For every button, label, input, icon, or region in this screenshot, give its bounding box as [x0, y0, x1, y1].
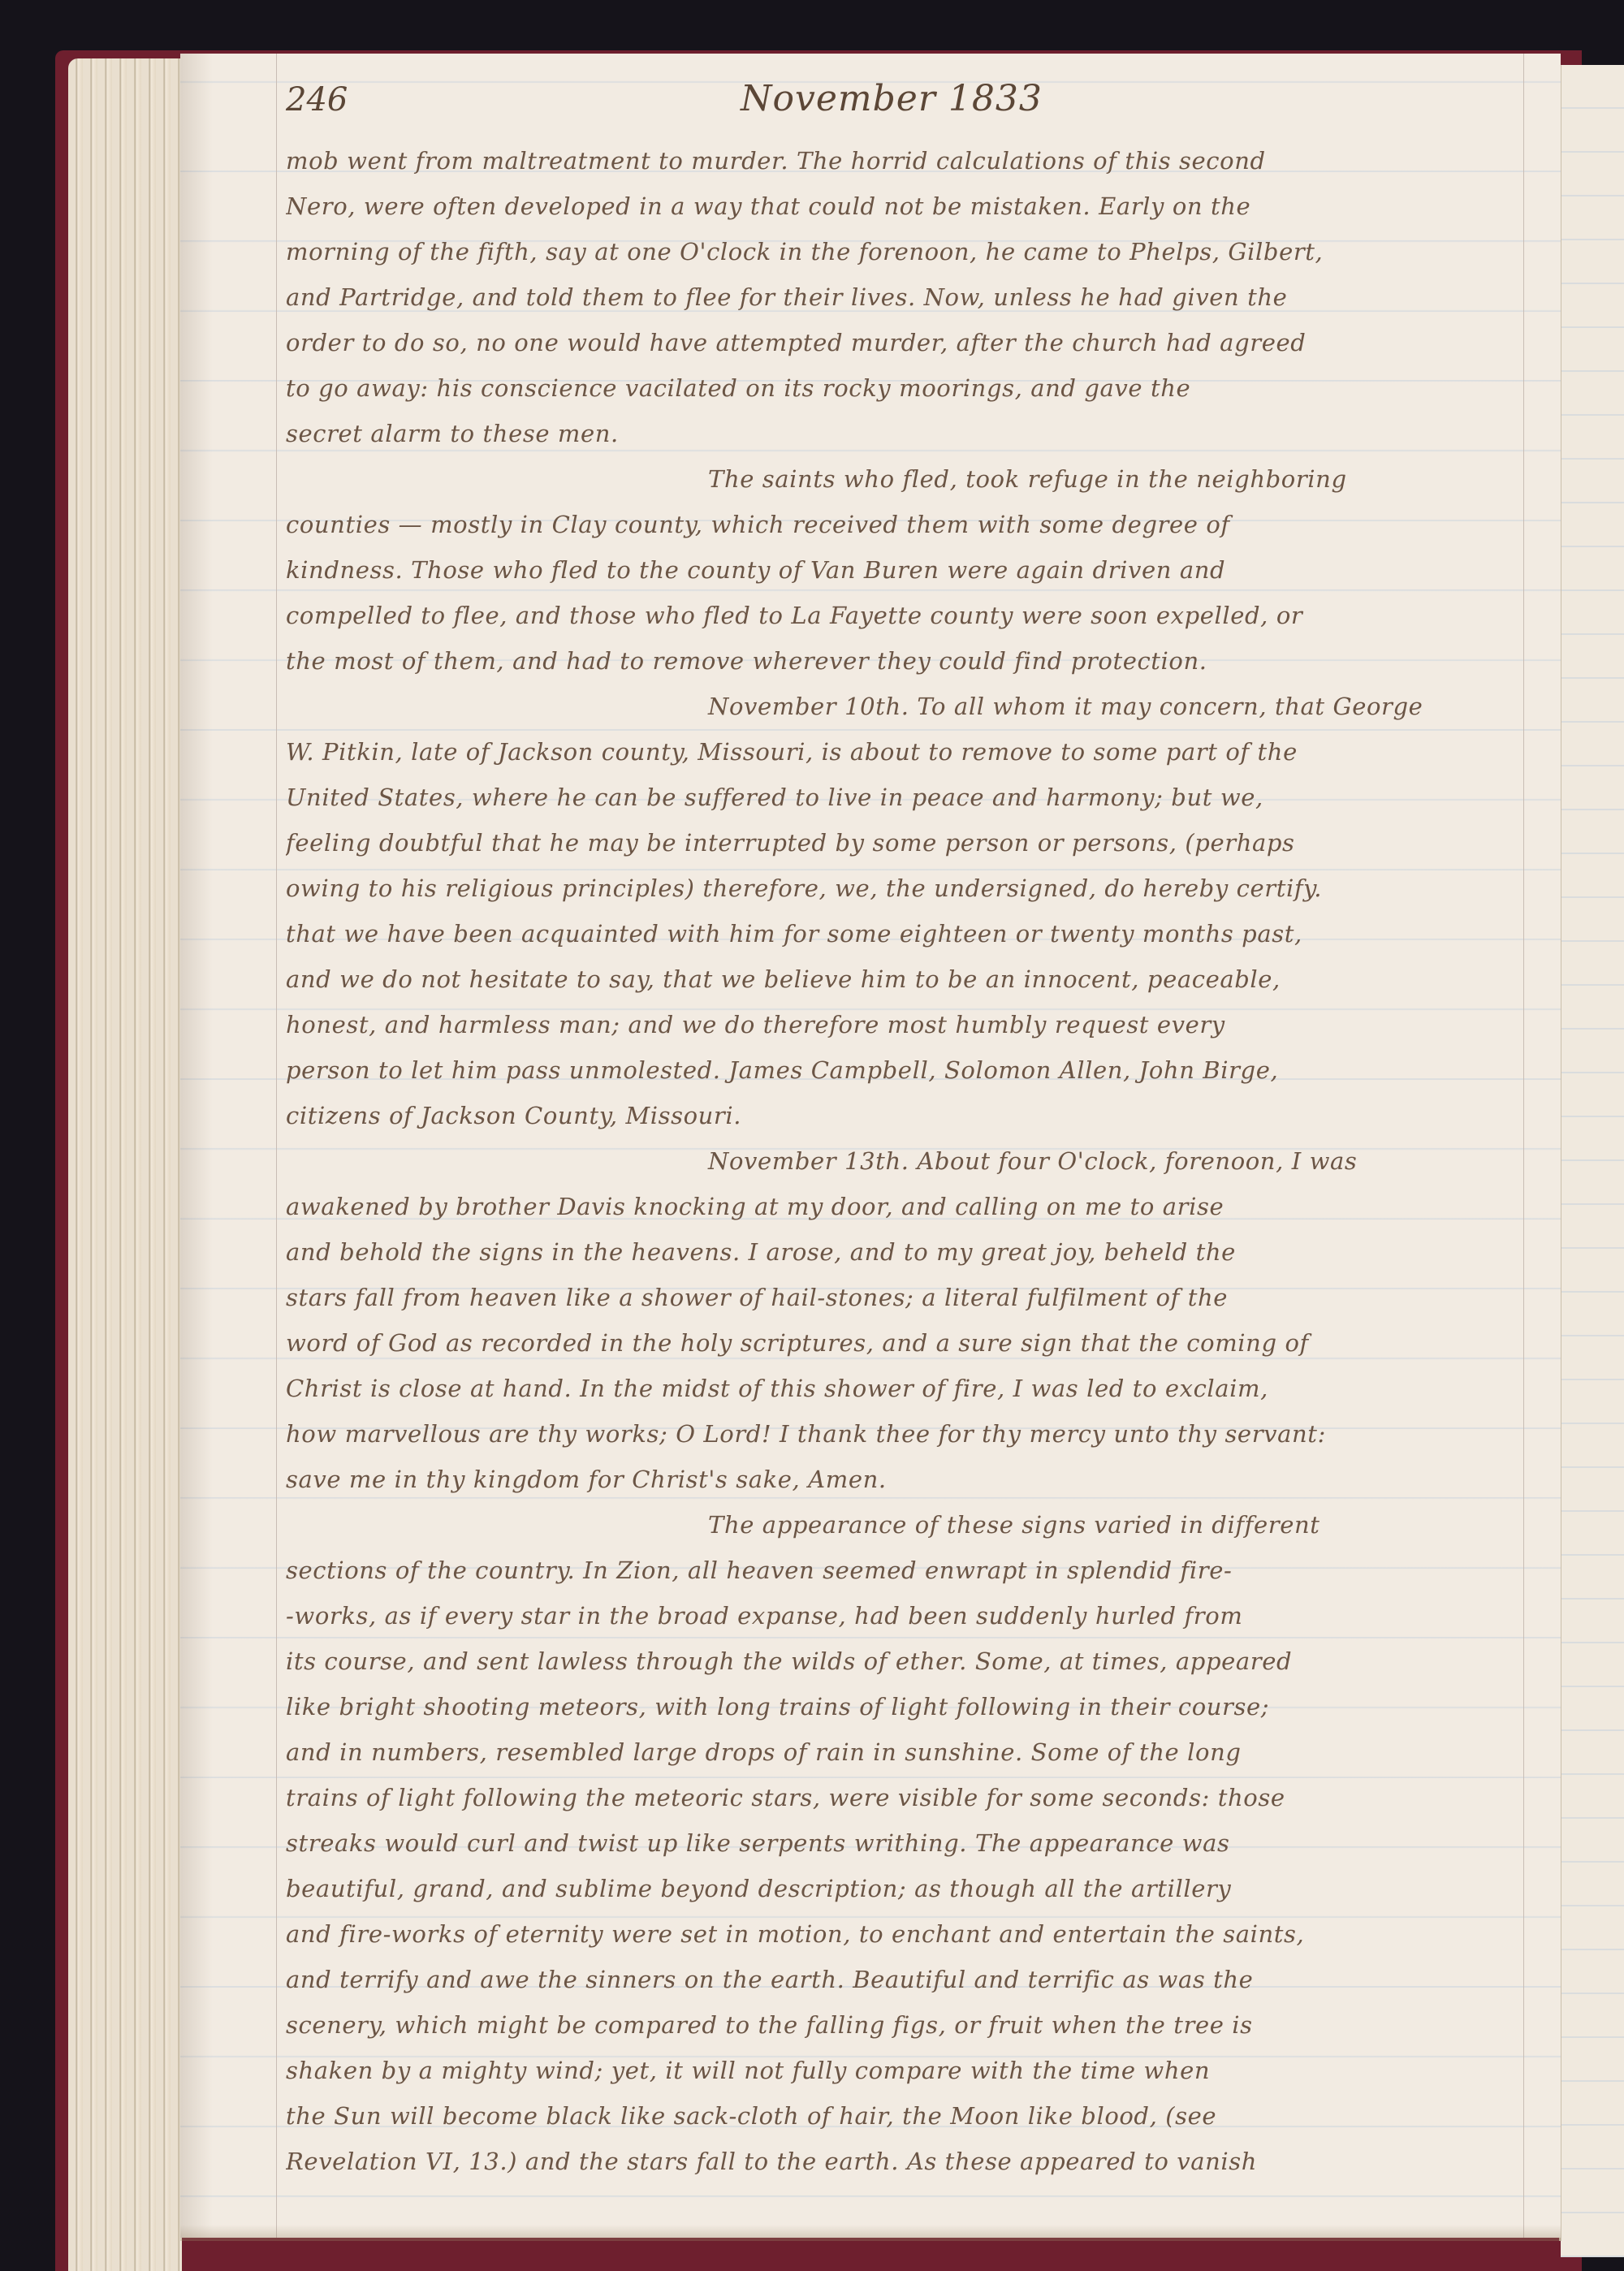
text-line: streaks would curl and twist up like ser… — [286, 1820, 1528, 1866]
text-line: the most of them, and had to remove wher… — [286, 638, 1528, 684]
page-edges-stack — [68, 58, 182, 2271]
text-line: word of God as recorded in the holy scri… — [286, 1320, 1528, 1366]
text-line: secret alarm to these men. — [286, 411, 1528, 456]
text-line: Nero, were often developed in a way that… — [286, 183, 1528, 229]
text-line: Revelation VI, 13.) and the stars fall t… — [286, 2139, 1528, 2184]
text-line: save me in thy kingdom for Christ's sake… — [286, 1457, 1528, 1502]
text-line: and in numbers, resembled large drops of… — [286, 1729, 1528, 1775]
text-line: sections of the country. In Zion, all he… — [286, 1548, 1528, 1593]
text-line: and terrify and awe the sinners on the e… — [286, 1957, 1528, 2002]
text-line: feeling doubtful that he may be interrup… — [286, 820, 1528, 866]
text-line: United States, where he can be suffered … — [286, 775, 1528, 820]
text-line: kindness. Those who fled to the county o… — [286, 547, 1528, 593]
manuscript-body: mob went from maltreatment to murder. Th… — [286, 138, 1528, 2184]
text-line: honest, and harmless man; and we do ther… — [286, 1002, 1528, 1047]
text-line: citizens of Jackson County, Missouri. — [286, 1093, 1528, 1138]
facing-page-edge — [1561, 65, 1624, 2257]
text-line: -works, as if every star in the broad ex… — [286, 1593, 1528, 1638]
page-header: 246 November 1833 — [286, 81, 1520, 130]
text-line: November 10th. To all whom it may concer… — [286, 684, 1528, 729]
text-line: and Partridge, and told them to flee for… — [286, 274, 1528, 320]
page-bottom-edge — [180, 2225, 1561, 2241]
text-line: and behold the signs in the heavens. I a… — [286, 1229, 1528, 1275]
text-line: stars fall from heaven like a shower of … — [286, 1275, 1528, 1320]
text-line: to go away: his conscience vacilated on … — [286, 365, 1528, 411]
text-line: the Sun will become black like sack-clot… — [286, 2093, 1528, 2139]
text-line: counties — mostly in Clay county, which … — [286, 502, 1528, 547]
text-line: W. Pitkin, late of Jackson county, Misso… — [286, 729, 1528, 775]
text-line: beautiful, grand, and sublime beyond des… — [286, 1866, 1528, 1911]
left-margin-rule — [276, 54, 277, 2238]
text-line: November 13th. About four O'clock, foren… — [286, 1138, 1528, 1184]
text-line: The appearance of these signs varied in … — [286, 1502, 1528, 1548]
text-line: order to do so, no one would have attemp… — [286, 320, 1528, 365]
text-line: compelled to flee, and those who fled to… — [286, 593, 1528, 638]
text-line: that we have been acquainted with him fo… — [286, 911, 1528, 956]
text-line: person to let him pass unmolested. James… — [286, 1047, 1528, 1093]
text-line: The saints who fled, took refuge in the … — [286, 456, 1528, 502]
page-shadow — [180, 54, 213, 2238]
text-line: its course, and sent lawless through the… — [286, 1638, 1528, 1684]
text-line: trains of light following the meteoric s… — [286, 1775, 1528, 1820]
page-date-heading: November 1833 — [741, 78, 1043, 119]
text-line: how marvellous are thy works; O Lord! I … — [286, 1411, 1528, 1457]
text-line: scenery, which might be compared to the … — [286, 2002, 1528, 2048]
text-line: Christ is close at hand. In the midst of… — [286, 1366, 1528, 1411]
text-line: awakened by brother Davis knocking at my… — [286, 1184, 1528, 1229]
text-line: mob went from maltreatment to murder. Th… — [286, 138, 1528, 183]
text-line: shaken by a mighty wind; yet, it will no… — [286, 2048, 1528, 2093]
text-line: like bright shooting meteors, with long … — [286, 1684, 1528, 1729]
text-line: and we do not hesitate to say, that we b… — [286, 956, 1528, 1002]
text-line: owing to his religious principles) there… — [286, 866, 1528, 911]
text-line: and fire-works of eternity were set in m… — [286, 1911, 1528, 1957]
text-line: morning of the fifth, say at one O'clock… — [286, 229, 1528, 274]
page-number: 246 — [286, 81, 348, 119]
